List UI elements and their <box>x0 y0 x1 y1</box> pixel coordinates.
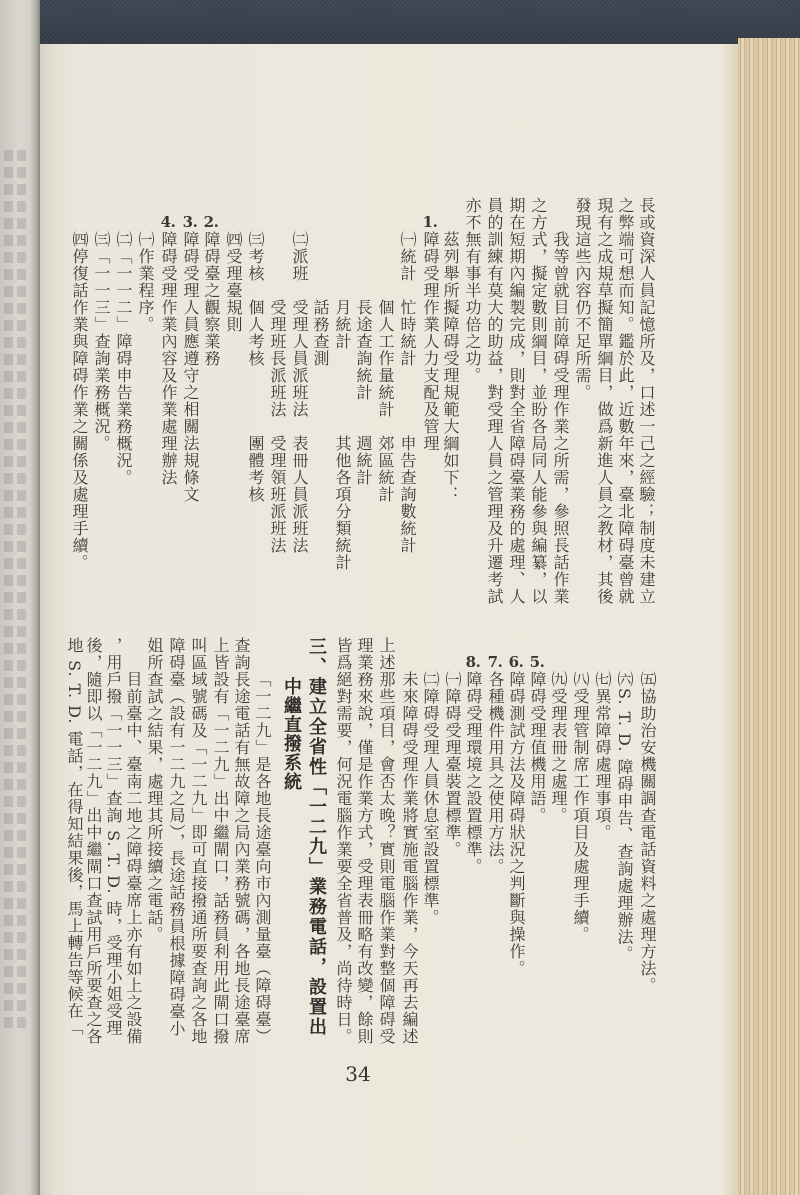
outline-entry: 受理班長派班法 <box>267 299 287 418</box>
outline-sub-label: ㈠統計 <box>397 231 417 282</box>
outline-number: 5. <box>526 654 548 671</box>
page-stack-edges <box>738 38 800 1195</box>
intro-line: 員的訓練有莫大的助益，對受理人員之管理及升遷考試 <box>484 197 504 605</box>
outline-entry: 月統計 <box>332 299 352 350</box>
body-line: ，用戶撥「一一三」查詢 S. T. D. 時，受理小姐受理 <box>103 637 123 1037</box>
outline-sub-label: ㈠障碍受理臺裝置標準。 <box>442 671 462 858</box>
section-heading-line: 中繼直撥系統 <box>279 677 303 791</box>
intro-line: 我等曾就目前障碍受理作業之所需，參照長話作業 <box>550 231 570 605</box>
outline-sub-label: ㈥S. T. D. 障碍申告、查詢處理辦法。 <box>614 671 634 962</box>
outline-number: 2. <box>200 214 222 231</box>
outline-entry: 長途查詢統計 <box>353 299 373 401</box>
outline-item-title: 障碍受理值機用語。 <box>527 671 547 824</box>
previous-page-text-bleed <box>4 150 30 1030</box>
outline-entry: 郊區統計 <box>375 435 395 503</box>
outline-sub-label: ㈤協助治安機關調查電話資料之處理方法。 <box>637 671 657 994</box>
outline-entry: 週統計 <box>353 435 373 486</box>
intro-line: 之弊端可想而知。鑑於此，近數年來，臺北障碍臺曾就 <box>615 197 635 605</box>
body-line: 查詢長途電話有無故障之局內業務號碼，各地長途臺席 <box>231 637 251 1045</box>
outline-number: 3. <box>179 214 201 231</box>
body-line: 目前臺中、臺南二地之障碍臺席上亦有如上之設備 <box>123 671 143 1045</box>
body-line: 後，隨即以「一二九」出中繼閘口查試用戶所要查之各 <box>83 637 103 1045</box>
outline-entry: 個人考核 <box>245 299 265 367</box>
closing-line: 上述那些項目，會否太晚？實則電腦作業對整個障碍受 <box>376 637 396 1045</box>
outline-number: 4. <box>157 214 179 231</box>
outline-sub-label: ㈡障碍受理人員休息室設置標準。 <box>420 671 440 926</box>
outline-entry: 表冊人員派班法 <box>289 435 309 554</box>
outline-item-title: 障碍受理環境之設置標準。 <box>463 671 483 875</box>
closing-line: 皆爲絕對需要，何況電腦作業要全省普及，尚待時日。 <box>333 637 353 1045</box>
outline-item-title: 障碍受理人員應遵守之相關法規條文 <box>180 231 200 503</box>
intro-line: 茲列舉所擬障碍受理規範大綱如下： <box>440 231 460 503</box>
previous-page-edge <box>0 0 40 1195</box>
outline-sub-label: ㈡「一一二」障碍申告業務概況。 <box>113 231 133 486</box>
intro-line: 現有之成規草擬簡單綱目，做爲新進人員之教材，其後 <box>594 197 614 605</box>
outline-item-title: 障碍受理作業人力支配及管理 <box>420 231 440 452</box>
closing-line: 未來障碍受理作業將實施電腦作業，今天再去編述 <box>399 671 419 1045</box>
body-line: 上皆設有「一二九」出中繼閘口，話務員利用此閘口撥 <box>210 637 230 1045</box>
outline-entry: 團體考核 <box>245 435 265 503</box>
book-cover-edge <box>0 0 800 46</box>
outline-number: 6. <box>505 654 527 671</box>
intro-line: 期在短期內編製完成，則對全省障碍臺業務的處理、人 <box>506 197 526 605</box>
outline-item-title: 障碍受理作業內容及作業處理辦法 <box>158 231 178 486</box>
closing-line: 理業務來說，僅是作業方式，受理表冊略有改變，餘則 <box>354 637 374 1045</box>
body-line: 地 S. T. D. 電話，在得知結果後，馬上轉告等候在「 <box>64 637 84 1037</box>
outline-sub-label: ㈧受理管制席工作項目及處理手續。 <box>570 671 590 943</box>
outline-number: 1. <box>419 214 441 231</box>
body-line: 障碍臺（設有一二九之局），長途話務員根據障碍臺小 <box>166 637 186 1037</box>
outline-sub-label: ㈡派班 <box>289 231 309 282</box>
outline-sub-label: ㈠作業程序。 <box>135 231 155 333</box>
outline-item-title: 各種機件用具之使用方法。 <box>485 671 505 875</box>
intro-line: 之方式，擬定數則綱目，並盼各局同人能參與編纂，以 <box>528 197 548 605</box>
outline-sub-label: ㈦異常障碍處理事項。 <box>592 671 612 841</box>
body-line: 叫區域號碼及「一二九」即可直接撥通所要查詢之各地 <box>188 637 208 1045</box>
outline-sub-label: ㈨受理表冊之處理。 <box>548 671 568 824</box>
outline-entry: 受理人員派班法 <box>289 299 309 418</box>
outline-item-title: 障碍測試方法及障碍狀況之判斷與操作。 <box>506 671 526 977</box>
intro-line: 發現這些內容仍不足所需。 <box>572 197 592 401</box>
outline-entry: 申告查詢數統計 <box>397 435 417 554</box>
page-number: 34 <box>336 1062 380 1086</box>
outline-entry: 話務查測 <box>310 299 330 367</box>
page-fold <box>724 44 738 1195</box>
outline-sub-label: ㈣停復話作業與障碍作業之關係及處理手續。 <box>69 231 89 571</box>
outline-sub-label: ㈢考核 <box>245 231 265 282</box>
intro-line: 長或資深人員記憶所及，口述一己之經驗；制度未建立 <box>636 197 656 605</box>
outline-entry: 忙時統計 <box>397 299 417 367</box>
body-line: 「一二九」是各地長途臺向市內測量臺（障碍臺） <box>252 671 272 1045</box>
section-heading-line: 三、建立全省性「一二九」業務電話，設置出 <box>304 637 328 1037</box>
outline-sub-label: ㈣受理臺規則 <box>223 231 243 333</box>
intro-line: 亦不無有事半功倍之功。 <box>462 197 482 384</box>
outline-number: 8. <box>462 654 484 671</box>
outline-entry: 個人工作量統計 <box>375 299 395 418</box>
body-line: 姐所查試之結果，處理其所接續之電話。 <box>144 637 164 943</box>
outline-entry: 其他各項分類統計 <box>332 435 352 571</box>
outline-sub-label: ㈢「一一三」查詢業務概況。 <box>91 231 111 452</box>
outline-item-title: 障碍臺之觀察業務 <box>201 231 221 367</box>
outline-entry: 受理領班派班法 <box>267 435 287 554</box>
outline-number: 7. <box>484 654 506 671</box>
